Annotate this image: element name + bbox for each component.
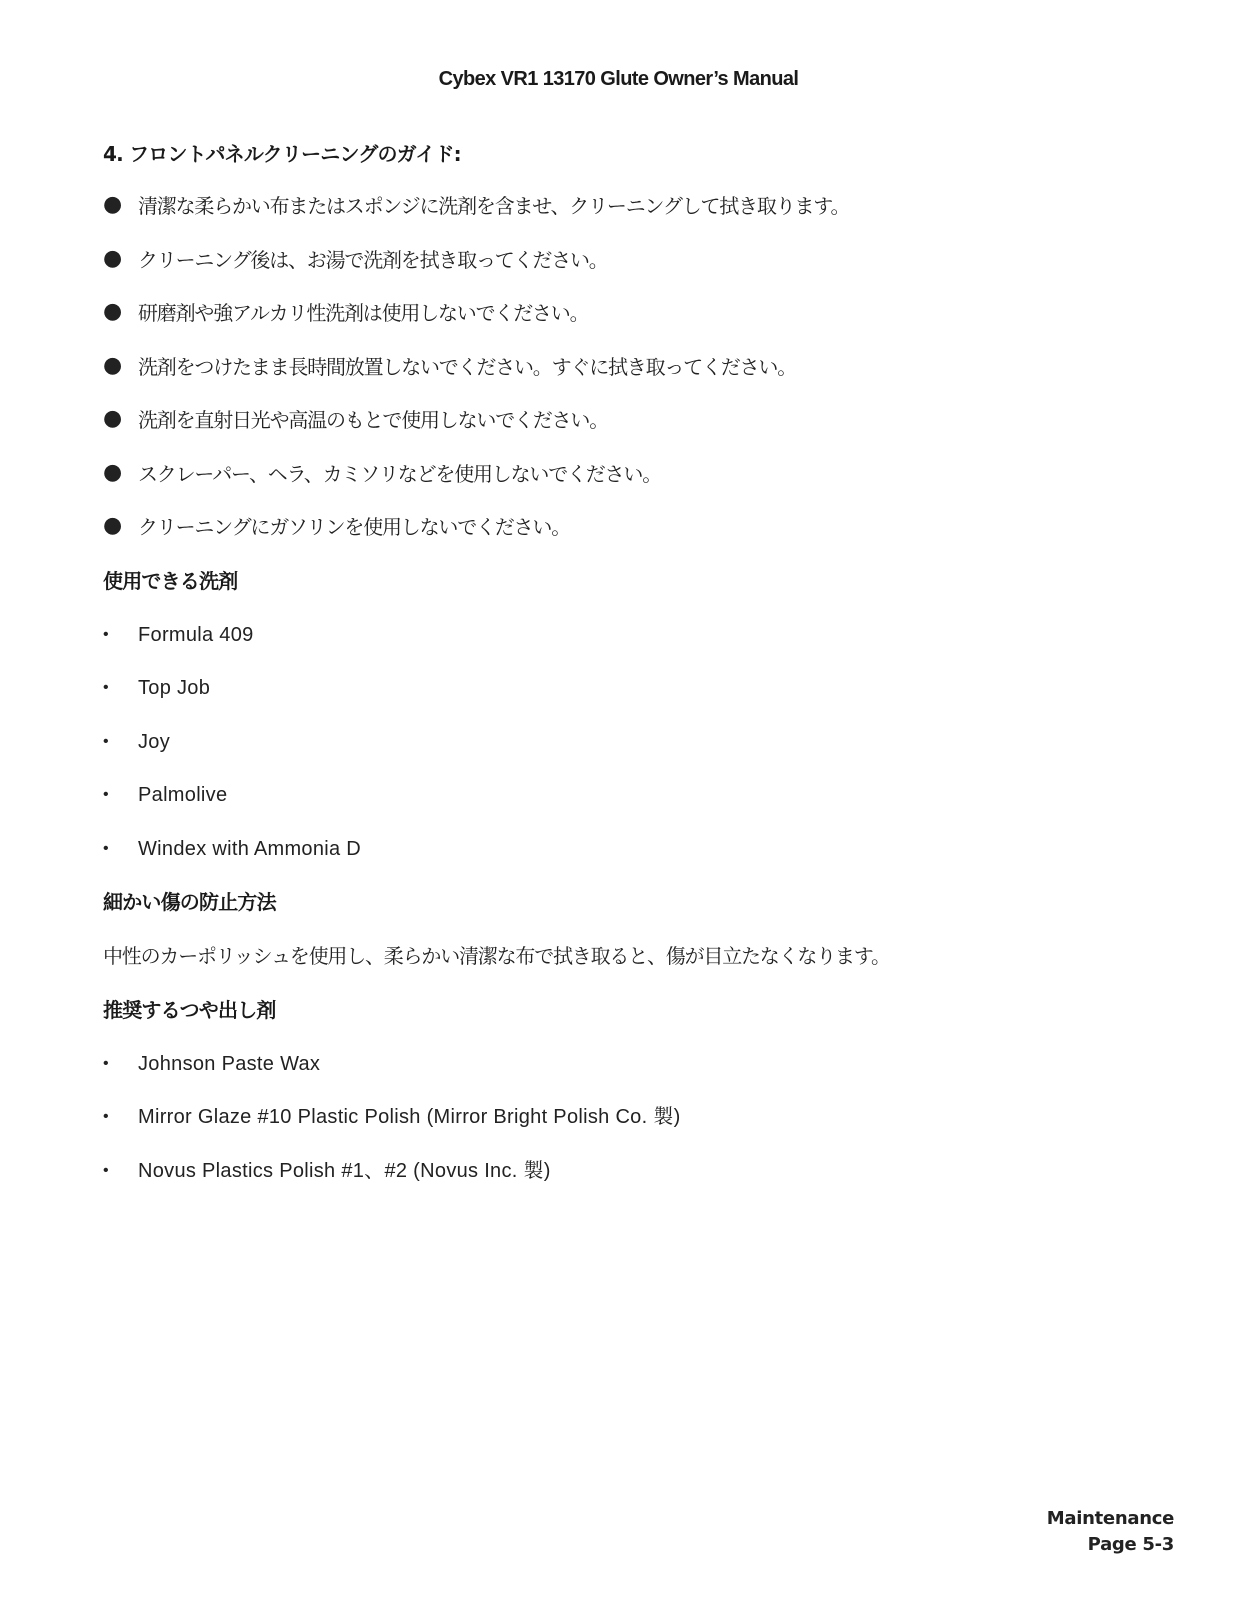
- section-heading-scratch-prevention: 細かい傷の防止方法: [103, 886, 1143, 918]
- document-header-title: Cybex VR1 13170 Glute Owner’s Manual: [0, 68, 1237, 91]
- list-item: ●清潔な柔らかい布またはスポンジに洗剤を含ませ、クリーニングして拭き取ります。: [103, 190, 1143, 244]
- list-item-text: Johnson Paste Wax: [138, 1053, 320, 1075]
- spacer: [103, 918, 1143, 940]
- bullet-icon: ●: [103, 510, 123, 542]
- section-heading-usable-detergents: 使用できる洗剤: [103, 565, 1143, 597]
- list-item: •Novus Plastics Polish #1、#2 (Novus Inc.…: [103, 1155, 1143, 1209]
- list-item-text: Top Job: [138, 677, 210, 699]
- list-item-text: Windex with Ammonia D: [138, 838, 361, 860]
- list-item: ●洗剤を直射日光や高温のもとで使用しないでください。: [103, 404, 1143, 458]
- list-item: •Windex with Ammonia D: [103, 833, 1143, 887]
- bullet-icon: ●: [103, 189, 123, 221]
- bullet-icon: •: [103, 1155, 123, 1187]
- list-item-text: Mirror Glaze #10 Plastic Polish (Mirror …: [138, 1106, 681, 1128]
- list-item-text: 研磨剤や強アルカリ性洗剤は使用しないでください。: [138, 301, 588, 325]
- bullet-icon: ●: [103, 350, 123, 382]
- list-item: •Formula 409: [103, 619, 1143, 673]
- bullet-icon: •: [103, 1048, 123, 1080]
- bullet-icon: •: [103, 1101, 123, 1133]
- bullet-icon: ●: [103, 403, 123, 435]
- spacer: [103, 1026, 1143, 1048]
- list-item: ●クリーニング後は、お湯で洗剤を拭き取ってください。: [103, 244, 1143, 298]
- bullet-icon: ●: [103, 296, 123, 328]
- footer-page-number: Page 5-3: [1047, 1532, 1174, 1558]
- front-panel-cleaning-list: ●清潔な柔らかい布またはスポンジに洗剤を含ませ、クリーニングして拭き取ります。 …: [103, 190, 1143, 565]
- list-item: •Mirror Glaze #10 Plastic Polish (Mirror…: [103, 1101, 1143, 1155]
- bullet-icon: •: [103, 833, 123, 865]
- recommended-polishes-list: •Johnson Paste Wax •Mirror Glaze #10 Pla…: [103, 1048, 1143, 1209]
- bullet-icon: •: [103, 779, 123, 811]
- list-item-text: 清潔な柔らかい布またはスポンジに洗剤を含ませ、クリーニングして拭き取ります。: [138, 194, 849, 218]
- list-item-text: クリーニングにガソリンを使用しないでください。: [138, 515, 570, 539]
- section-heading-front-panel-cleaning: 4. フロントパネルクリーニングのガイド:: [103, 138, 1143, 168]
- list-item-text: Palmolive: [138, 784, 227, 806]
- bullet-icon: ●: [103, 457, 123, 489]
- list-item: ●スクレーパー、ヘラ、カミソリなどを使用しないでください。: [103, 458, 1143, 512]
- list-item: •Joy: [103, 726, 1143, 780]
- list-item: ●洗剤をつけたまま長時間放置しないでください。すぐに拭き取ってください。: [103, 351, 1143, 405]
- bullet-icon: •: [103, 672, 123, 704]
- list-item-text: 洗剤を直射日光や高温のもとで使用しないでください。: [138, 408, 608, 432]
- list-item-text: Novus Plastics Polish #1、#2 (Novus Inc. …: [138, 1160, 551, 1182]
- bullet-icon: •: [103, 726, 123, 758]
- scratch-prevention-paragraph: 中性のカーポリッシュを使用し、柔らかい清潔な布で拭き取ると、傷が目立たなくなりま…: [103, 940, 1143, 994]
- list-item-text: スクレーパー、ヘラ、カミソリなどを使用しないでください。: [138, 462, 661, 486]
- list-item-text: Formula 409: [138, 624, 254, 646]
- document-body: 4. フロントパネルクリーニングのガイド: ●清潔な柔らかい布またはスポンジに洗…: [103, 138, 1143, 1208]
- list-item: •Top Job: [103, 672, 1143, 726]
- list-item: ●研磨剤や強アルカリ性洗剤は使用しないでください。: [103, 297, 1143, 351]
- spacer: [103, 168, 1143, 190]
- usable-detergents-list: •Formula 409 •Top Job •Joy •Palmolive •W…: [103, 619, 1143, 887]
- list-item: •Palmolive: [103, 779, 1143, 833]
- list-item-text: クリーニング後は、お湯で洗剤を拭き取ってください。: [138, 248, 608, 272]
- page-footer: Maintenance Page 5-3: [1047, 1506, 1174, 1558]
- bullet-icon: •: [103, 619, 123, 651]
- list-item-text: Joy: [138, 731, 170, 753]
- bullet-icon: ●: [103, 243, 123, 275]
- list-item-text: 洗剤をつけたまま長時間放置しないでください。すぐに拭き取ってください。: [138, 355, 796, 379]
- section-heading-recommended-polishes: 推奨するつや出し剤: [103, 994, 1143, 1026]
- list-item: ●クリーニングにガソリンを使用しないでください。: [103, 511, 1143, 565]
- footer-section-name: Maintenance: [1047, 1506, 1174, 1532]
- spacer: [103, 597, 1143, 619]
- list-item: •Johnson Paste Wax: [103, 1048, 1143, 1102]
